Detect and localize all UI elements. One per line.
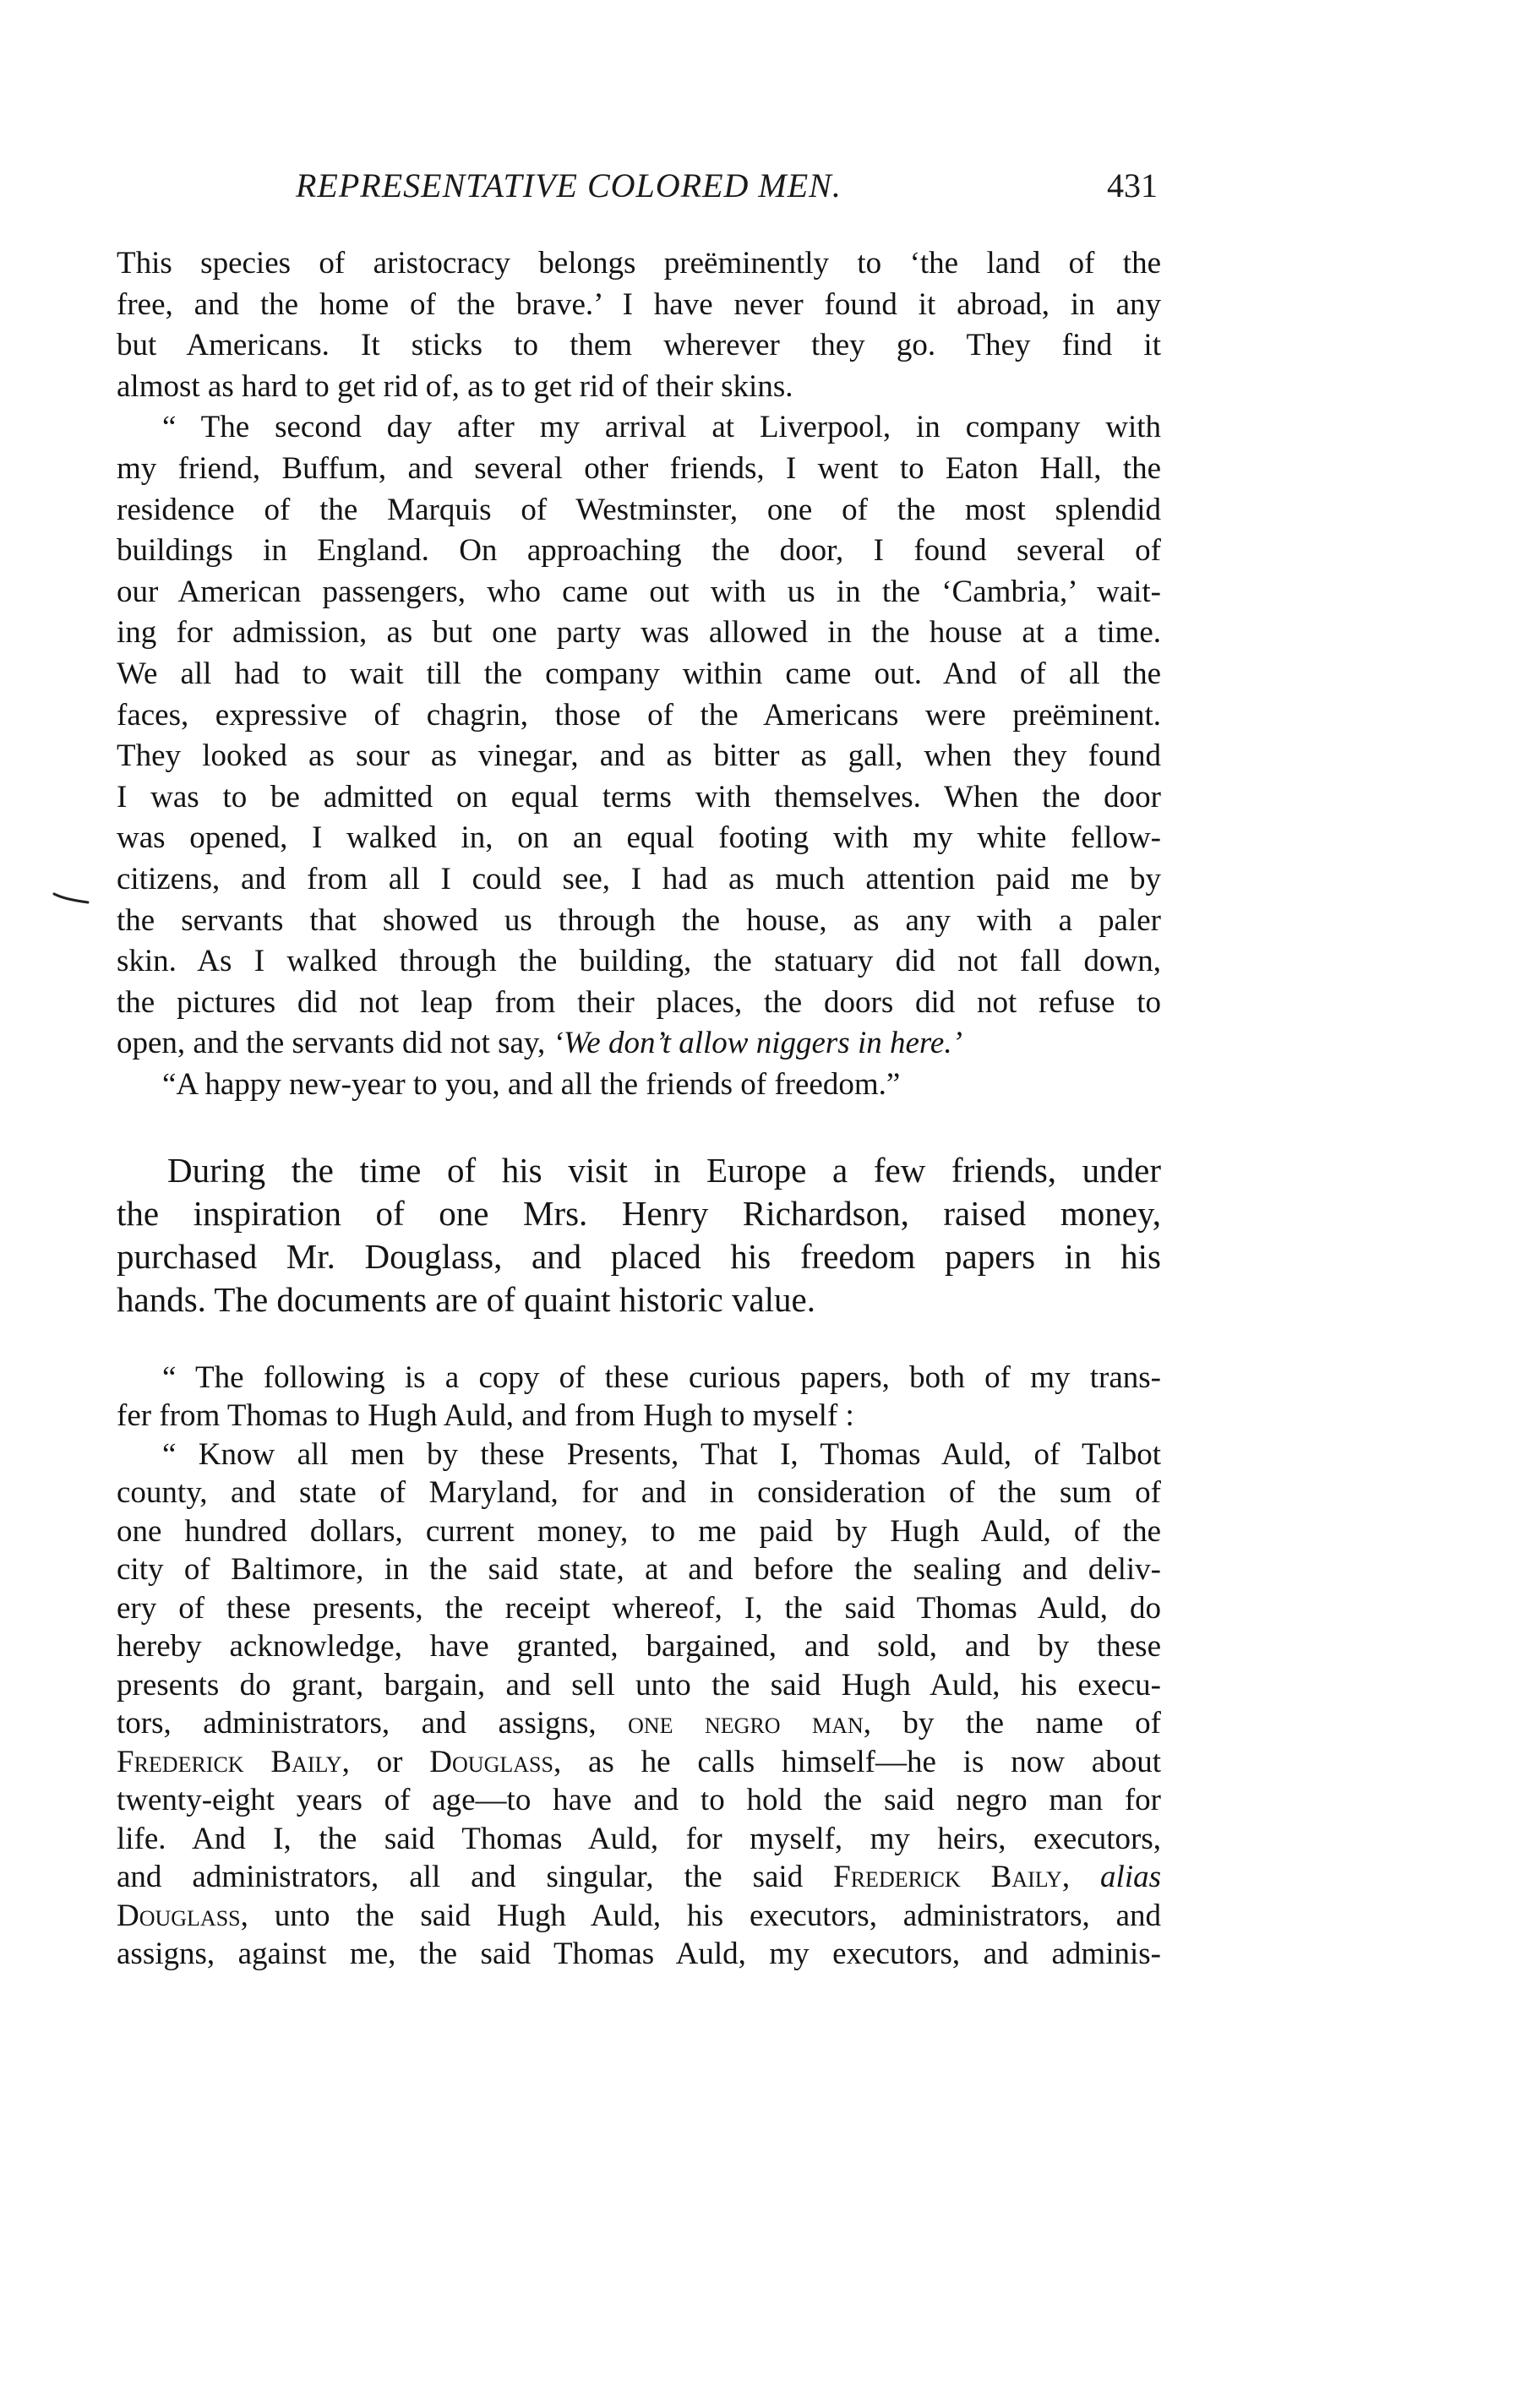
narrative-line: the inspiration of one Mrs. Henry Richar… bbox=[117, 1193, 1161, 1234]
text-line: almost as hard to get rid of, as to get … bbox=[117, 368, 1161, 406]
text-run: , or bbox=[342, 1745, 430, 1779]
text-run: open, and the servants did not say, bbox=[117, 1026, 553, 1060]
text-run: , unto the said Hugh Auld, his executors… bbox=[241, 1899, 1161, 1933]
text-run: , bbox=[1062, 1860, 1100, 1894]
text-run: tors, administrators, and assigns, bbox=[117, 1706, 628, 1741]
text-line: was opened, I walked in, on an equal foo… bbox=[117, 820, 1161, 857]
text-line: ery of these presents, the receipt where… bbox=[117, 1590, 1161, 1627]
text-line: county, and state of Maryland, for and i… bbox=[117, 1474, 1161, 1512]
text-line: our American passengers, who came out wi… bbox=[117, 574, 1161, 611]
text-run: , as he calls himself—he is now about bbox=[553, 1745, 1161, 1779]
narrative-line: hands. The documents are of quaint histo… bbox=[117, 1279, 1161, 1320]
smallcaps-run: one negro man bbox=[628, 1706, 864, 1741]
text-line: buildings in England. On approaching the… bbox=[117, 532, 1161, 569]
text-line: Douglass, unto the said Hugh Auld, his e… bbox=[117, 1898, 1161, 1935]
text-line: and administrators, all and singular, th… bbox=[117, 1859, 1161, 1896]
text-line: the pictures did not leap from their pla… bbox=[117, 984, 1161, 1021]
text-line: I was to be admitted on equal terms with… bbox=[117, 779, 1161, 816]
text-line: “ The following is a copy of these curio… bbox=[162, 1359, 1161, 1397]
text-line: life. And I, the said Thomas Auld, for m… bbox=[117, 1821, 1161, 1858]
text-line: assigns, against me, the said Thomas Aul… bbox=[117, 1936, 1161, 1973]
text-line: “ Know all men by these Presents, That I… bbox=[162, 1436, 1161, 1474]
text-line: city of Baltimore, in the said state, at… bbox=[117, 1551, 1161, 1588]
text-line: but Americans. It sticks to them whereve… bbox=[117, 327, 1161, 364]
text-line: faces, expressive of chagrin, those of t… bbox=[117, 697, 1161, 734]
text-line: They looked as sour as vinegar, and as b… bbox=[117, 738, 1161, 775]
smallcaps-run: Frederick Baily bbox=[117, 1745, 342, 1779]
text-line: Frederick Baily, or Douglass, as he call… bbox=[117, 1744, 1161, 1781]
text-line: tors, administrators, and assigns, one n… bbox=[117, 1705, 1161, 1742]
text-line: This species of aristocracy belongs preë… bbox=[117, 245, 1161, 282]
smallcaps-run: Douglass bbox=[429, 1745, 553, 1779]
text-line: residence of the Marquis of Westminster,… bbox=[117, 492, 1161, 529]
text-line: fer from Thomas to Hugh Auld, and from H… bbox=[117, 1397, 1161, 1435]
italic-quote: ‘We don’t allow niggers in here.’ bbox=[553, 1026, 962, 1060]
page-number: 431 bbox=[1107, 166, 1158, 205]
text-line: the servants that showed us through the … bbox=[117, 902, 1161, 940]
smallcaps-run: Douglass bbox=[117, 1899, 241, 1933]
text-line: my friend, Buffum, and several other fri… bbox=[117, 450, 1161, 488]
text-run: , by the name of bbox=[864, 1706, 1161, 1741]
pencil-mark-icon bbox=[52, 892, 90, 904]
running-head-title: REPRESENTATIVE COLORED MEN. bbox=[296, 166, 842, 205]
text-line: one hundred dollars, current money, to m… bbox=[117, 1513, 1161, 1550]
text-line: “ The second day after my arrival at Liv… bbox=[162, 409, 1161, 446]
text-run: and administrators, all and singular, th… bbox=[117, 1860, 833, 1894]
italic-run: alias bbox=[1100, 1860, 1161, 1894]
text-line: We all had to wait till the company with… bbox=[117, 656, 1161, 693]
text-line: ing for admission, as but one party was … bbox=[117, 614, 1161, 651]
text-line: twenty-eight years of age—to have and to… bbox=[117, 1782, 1161, 1819]
text-line: citizens, and from all I could see, I ha… bbox=[117, 861, 1161, 898]
smallcaps-run: Frederick Baily bbox=[833, 1860, 1062, 1894]
text-line: skin. As I walked through the building, … bbox=[117, 943, 1161, 980]
narrative-line: During the time of his visit in Europe a… bbox=[167, 1150, 1161, 1190]
book-page: REPRESENTATIVE COLORED MEN. 431 This spe… bbox=[0, 0, 1521, 2408]
text-line: free, and the home of the brave.’ I have… bbox=[117, 286, 1161, 324]
text-line: hereby acknowledge, have granted, bargai… bbox=[117, 1628, 1161, 1665]
text-line: presents do grant, bargain, and sell unt… bbox=[117, 1667, 1161, 1704]
text-line: “A happy new-year to you, and all the fr… bbox=[162, 1066, 1161, 1103]
narrative-line: purchased Mr. Douglass, and placed his f… bbox=[117, 1236, 1161, 1277]
text-line: open, and the servants did not say, ‘We … bbox=[117, 1025, 1161, 1062]
